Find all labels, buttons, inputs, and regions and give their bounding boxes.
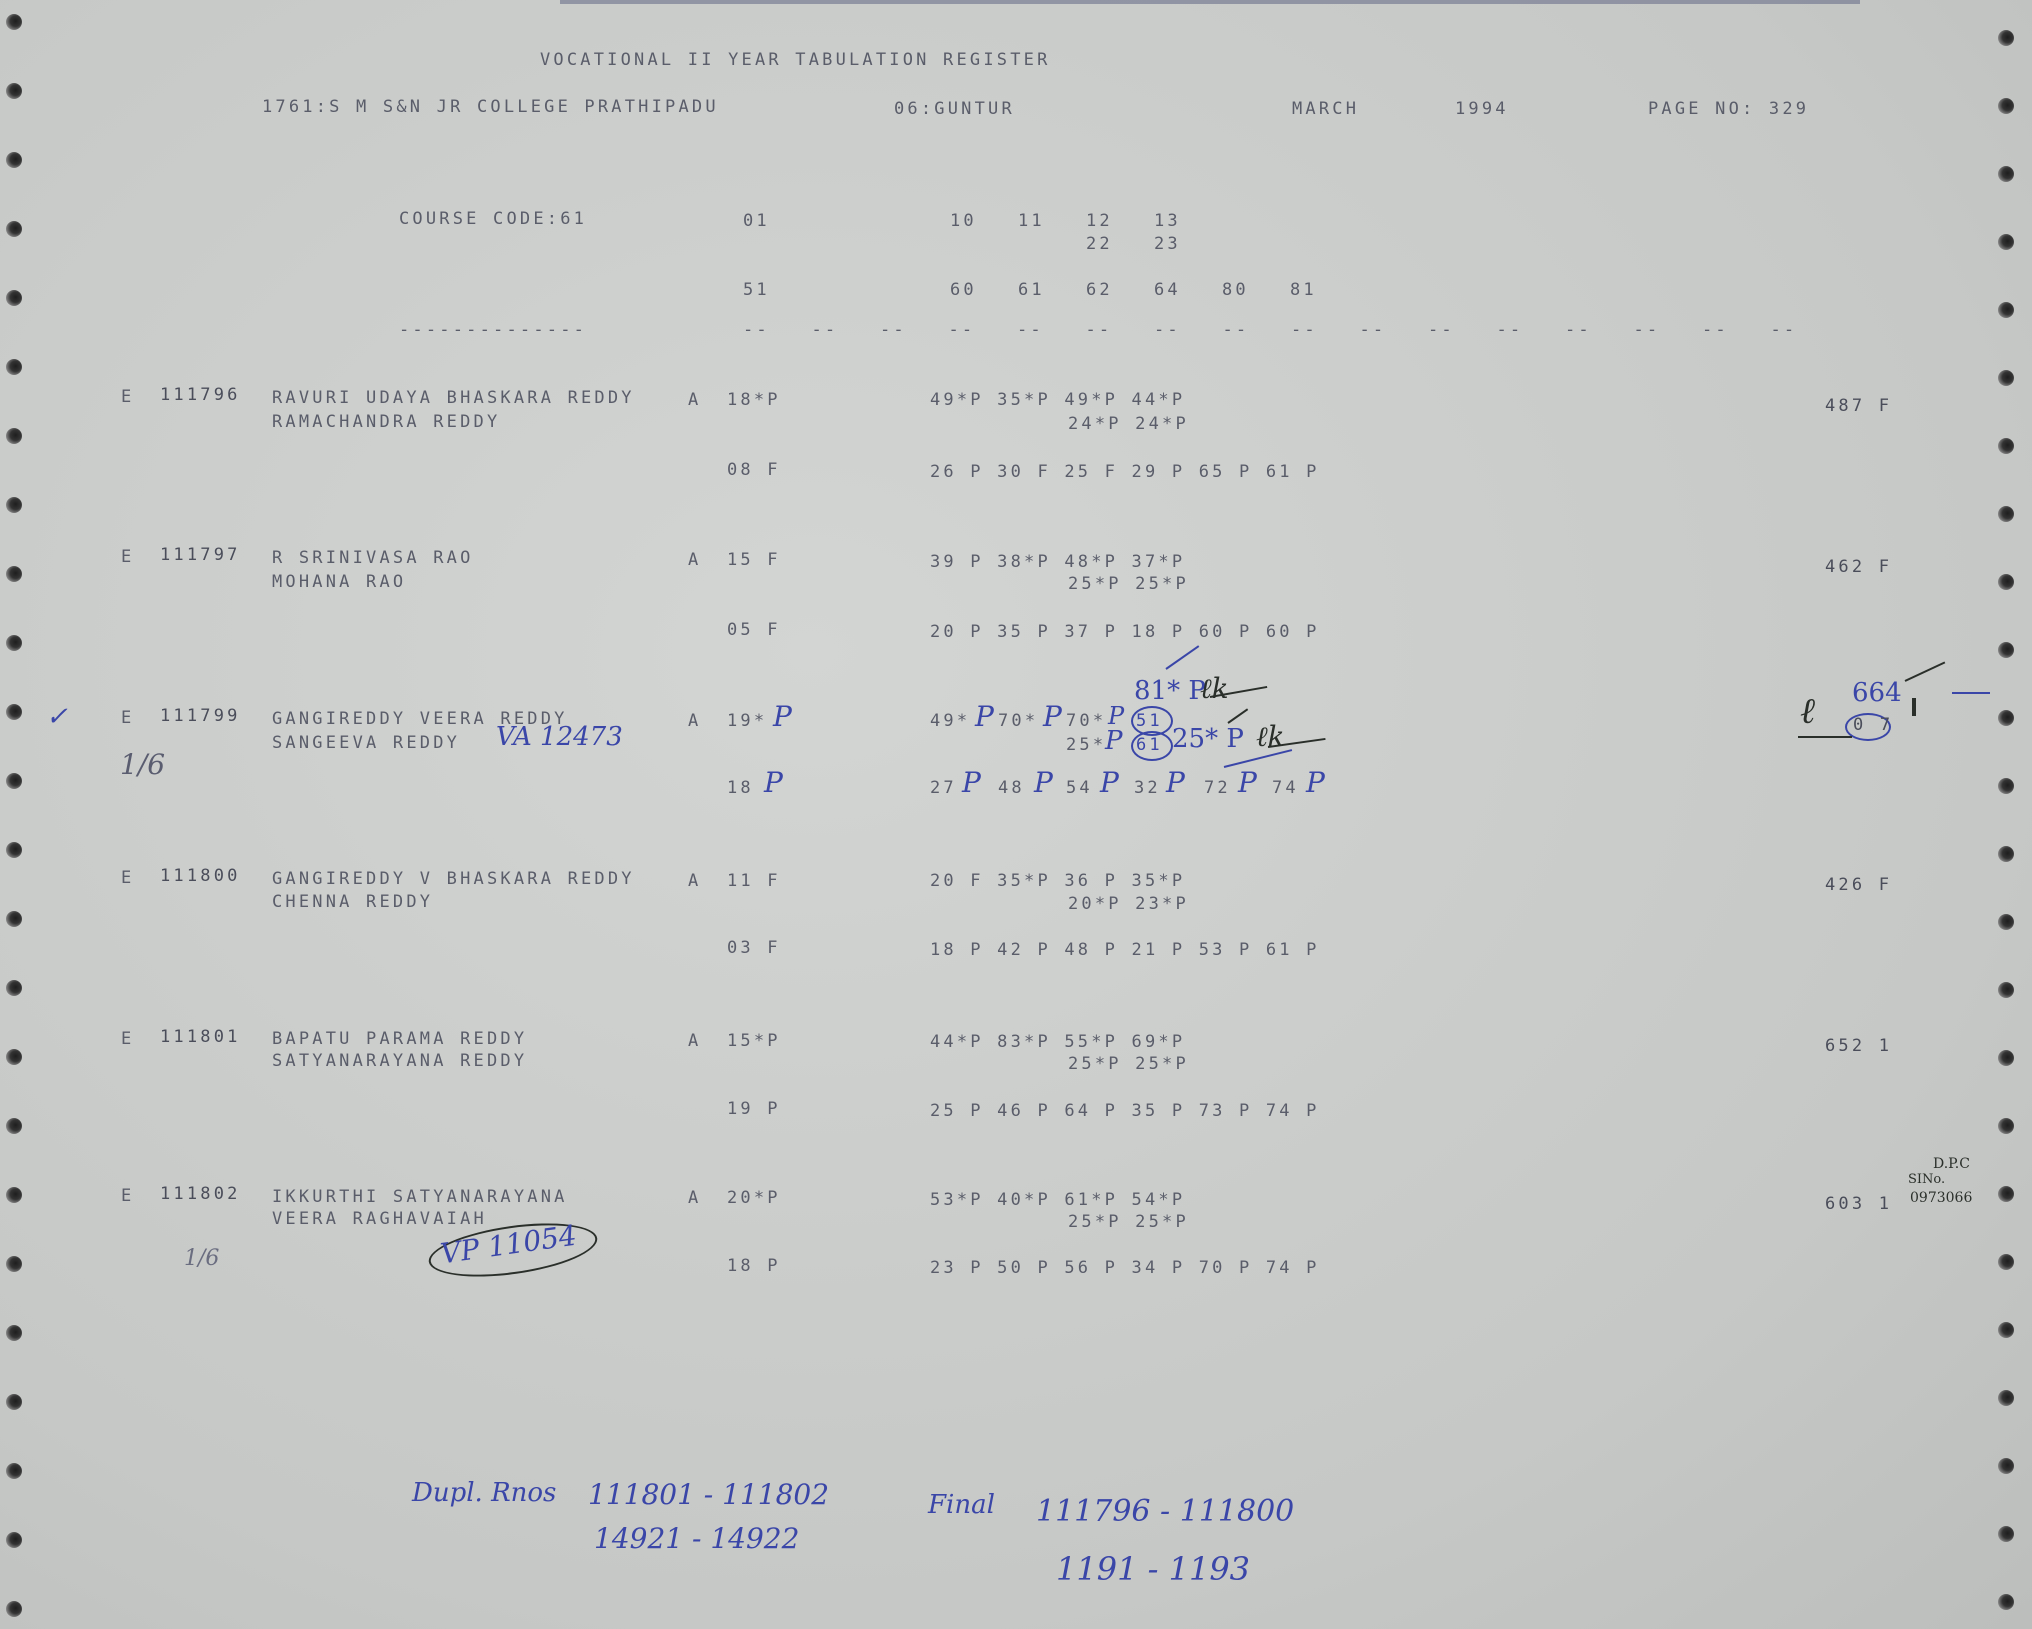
exam-month: MARCH xyxy=(1292,99,1359,119)
paper-code: 13 xyxy=(1154,211,1181,231)
second-paper-marks: 03 F xyxy=(727,938,781,958)
first-paper-marks: 20*P xyxy=(727,1188,781,1208)
college-name: 1761:S M S&N JR COLLEGE PRATHIPADU xyxy=(262,97,719,117)
marks-row-3-printed: 74 xyxy=(1272,778,1299,798)
hall-ticket-number: 111802 xyxy=(160,1184,241,1204)
student-name: GANGIREDDY V BHASKARA REDDY xyxy=(272,869,635,889)
sprocket-hole xyxy=(1998,1118,2014,1134)
marks-row-2: 25*P 25*P xyxy=(1068,1212,1189,1232)
column-dash: -- xyxy=(1497,320,1524,340)
sprocket-hole xyxy=(6,1187,22,1203)
sprocket-hole xyxy=(6,1463,22,1479)
hall-ticket-number: 111799 xyxy=(160,706,241,726)
corrected-mark: 25* P xyxy=(1172,724,1244,754)
column-dash: -- xyxy=(880,320,907,340)
column-dash: -- xyxy=(1634,320,1661,340)
sprocket-hole xyxy=(6,497,22,513)
initials-signature: ℓ xyxy=(1800,690,1815,732)
marks-row-3: 18 P 42 P 48 P 21 P 53 P 61 P xyxy=(930,940,1320,960)
column-dash: -- xyxy=(743,320,770,340)
sprocket-hole xyxy=(6,566,22,582)
marks-row-1: 39 P 38*P 48*P 37*P xyxy=(930,552,1185,572)
circled-original-mark: 61 xyxy=(1136,735,1163,755)
sprocket-hole xyxy=(6,428,22,444)
second-paper-marks: 18 P xyxy=(727,1256,781,1276)
sprocket-hole xyxy=(1998,30,2014,46)
column-dash: -- xyxy=(812,320,839,340)
marks-row-1: 53*P 40*P 61*P 54*P xyxy=(930,1190,1185,1210)
top-edge-band xyxy=(560,0,1860,4)
column-dash: -- xyxy=(1360,320,1387,340)
margin-check-mark: ✓ xyxy=(46,702,68,732)
sprocket-hole xyxy=(1998,1390,2014,1406)
marks-row-3: 20 P 35 P 37 P 18 P 60 P 60 P xyxy=(930,622,1320,642)
total-result: 652 1 xyxy=(1825,1036,1892,1056)
total-result: 487 F xyxy=(1825,396,1892,416)
father-name: MOHANA RAO xyxy=(272,572,406,592)
footer-range: 111801 - 111802 xyxy=(588,1478,829,1511)
medium: A xyxy=(688,711,701,731)
second-paper-marks: 08 F xyxy=(727,460,781,480)
student-name: BAPATU PARAMA REDDY xyxy=(272,1029,527,1049)
circled-original-mark: 51 xyxy=(1136,711,1163,731)
marks-row-3-printed: 54 xyxy=(1066,778,1093,798)
handwritten-pass-mark: P xyxy=(773,700,792,733)
student-name: IKKURTHI SATYANARAYANA xyxy=(272,1187,568,1207)
sprocket-hole xyxy=(6,842,22,858)
sprocket-hole xyxy=(1998,370,2014,386)
sprocket-hole xyxy=(1998,1186,2014,1202)
exam-year: 1994 xyxy=(1455,99,1509,119)
column-dash: -- xyxy=(1428,320,1455,340)
dpc-note: D.P.C xyxy=(1933,1156,1970,1172)
paper-code: 51 xyxy=(743,280,770,300)
circled-result-text: 0 7 xyxy=(1853,715,1893,735)
sprocket-hole xyxy=(6,1532,22,1548)
handwritten-date: 1/6 xyxy=(184,1246,219,1271)
sprocket-hole xyxy=(1998,1458,2014,1474)
sprocket-hole xyxy=(6,1325,22,1341)
student-name: R SRINIVASA RAO xyxy=(272,548,474,568)
sprocket-hole xyxy=(6,152,22,168)
sprocket-hole xyxy=(6,911,22,927)
sprocket-hole xyxy=(1998,642,2014,658)
record-prefix: E xyxy=(121,1186,134,1206)
marks-row-1-printed: 70* xyxy=(1066,711,1106,731)
handwritten-pass-mark: P xyxy=(975,700,994,733)
handwritten-registration-number: VA 12473 xyxy=(496,722,623,752)
sprocket-hole xyxy=(6,290,22,306)
sprocket-hole xyxy=(1998,710,2014,726)
column-dash: -- xyxy=(1702,320,1729,340)
sprocket-hole xyxy=(1998,438,2014,454)
sprocket-hole xyxy=(1998,1322,2014,1338)
sprocket-hole xyxy=(6,1049,22,1065)
handwritten-pass-mark: P xyxy=(1238,766,1257,799)
register-title: VOCATIONAL II YEAR TABULATION REGISTER xyxy=(540,50,1051,70)
total-result: 462 F xyxy=(1825,557,1892,577)
father-name: SANGEEVA REDDY xyxy=(272,733,460,753)
column-dash: -- xyxy=(1291,320,1318,340)
handwritten-pass-mark: P xyxy=(1306,766,1325,799)
sprocket-hole xyxy=(1998,1594,2014,1610)
father-name: SATYANARAYANA REDDY xyxy=(272,1051,527,1071)
sprocket-hole xyxy=(6,980,22,996)
sprocket-hole xyxy=(6,14,22,30)
first-paper-marks: 15*P xyxy=(727,1031,781,1051)
paper-code: 10 xyxy=(950,211,977,231)
sprocket-hole xyxy=(1998,1254,2014,1270)
student-name: RAVURI UDAYA BHASKARA REDDY xyxy=(272,388,635,408)
sprocket-hole xyxy=(6,83,22,99)
marks-row-1: 44*P 83*P 55*P 69*P xyxy=(930,1032,1185,1052)
marks-row-2: 25*P 25*P xyxy=(1068,574,1189,594)
paper-code: 23 xyxy=(1154,234,1181,254)
handwritten-pass-mark: P xyxy=(764,766,783,799)
first-paper-marks: 11 F xyxy=(727,871,781,891)
hall-ticket-number: 111796 xyxy=(160,385,241,405)
marks-row-2: 25*P 25*P xyxy=(1068,1054,1189,1074)
marks-row-3: 26 P 30 F 25 F 29 P 65 P 61 P xyxy=(930,462,1320,482)
sprocket-hole xyxy=(1998,234,2014,250)
paper-code: 64 xyxy=(1154,280,1181,300)
column-dash: -- xyxy=(1086,320,1113,340)
handwritten-total: 664 xyxy=(1852,678,1902,708)
medium: A xyxy=(688,390,701,410)
handwritten-pass-mark: P xyxy=(1043,700,1062,733)
record-prefix: E xyxy=(121,1029,134,1049)
column-dash: -- xyxy=(1565,320,1592,340)
signature-underline xyxy=(1798,736,1852,738)
footer-range: 111796 - 111800 xyxy=(1036,1494,1294,1529)
medium: A xyxy=(688,1031,701,1051)
initials-signature: ℓk xyxy=(1256,720,1285,754)
sprocket-hole xyxy=(1998,1526,2014,1542)
column-dash: -- xyxy=(1017,320,1044,340)
hall-ticket-number: 111800 xyxy=(160,866,241,886)
marks-row-2: 20*P 23*P xyxy=(1068,894,1189,914)
handwritten-pass-mark: P xyxy=(1034,766,1053,799)
footer-range: 14921 - 14922 xyxy=(594,1522,799,1555)
initials-signature: ℓk xyxy=(1200,672,1229,706)
dpc-serial-number: 0973066 xyxy=(1910,1190,1972,1206)
sprocket-hole xyxy=(6,773,22,789)
medium: A xyxy=(688,1188,701,1208)
sprocket-hole xyxy=(1998,982,2014,998)
sprocket-hole xyxy=(6,359,22,375)
record-prefix: E xyxy=(121,868,134,888)
marks-row-3: 25 P 46 P 64 P 35 P 73 P 74 P xyxy=(930,1101,1320,1121)
marks-row-1-printed: 70* xyxy=(998,711,1038,731)
paper-code: 11 xyxy=(1018,211,1045,231)
marks-row-2-printed: 25* xyxy=(1066,735,1106,755)
footer-label-left: Dupl. Rnos xyxy=(412,1478,556,1508)
footer-range: 1191 - 1193 xyxy=(1056,1550,1250,1588)
sprocket-hole xyxy=(6,1601,22,1617)
corrected-mark: 81* P xyxy=(1134,676,1206,706)
marks-row-3-printed: 48 xyxy=(998,778,1025,798)
district: 06:GUNTUR xyxy=(894,99,1015,119)
tick-stroke xyxy=(1912,698,1916,716)
father-name: CHENNA REDDY xyxy=(272,892,433,912)
father-name: RAMACHANDRA REDDY xyxy=(272,412,500,432)
total-result: 603 1 xyxy=(1825,1194,1892,1214)
sprocket-hole xyxy=(6,1394,22,1410)
marks-row-3-printed: 27 xyxy=(930,778,957,798)
course-code-label: COURSE CODE:61 xyxy=(399,209,587,229)
sprocket-hole xyxy=(1998,914,2014,930)
sprocket-hole xyxy=(6,635,22,651)
paper-code: 22 xyxy=(1086,234,1113,254)
marks-row-1-printed: 49* xyxy=(930,711,970,731)
hall-ticket-number: 111797 xyxy=(160,545,241,565)
sprocket-hole xyxy=(6,704,22,720)
father-name: VEERA RAGHAVAIAH xyxy=(272,1209,487,1229)
sprocket-hole xyxy=(6,221,22,237)
second-paper-marks: 18 xyxy=(727,778,754,798)
column-dash: -- xyxy=(1223,320,1250,340)
column-dash: -- xyxy=(949,320,976,340)
tick-stroke xyxy=(1905,661,1946,681)
paper-code: 12 xyxy=(1086,211,1113,231)
marks-row-3: 23 P 50 P 56 P 34 P 70 P 74 P xyxy=(930,1258,1320,1278)
sprocket-hole xyxy=(6,1256,22,1272)
paper-code: 81 xyxy=(1290,280,1317,300)
handwritten-pass-mark: P xyxy=(1100,766,1119,799)
sprocket-hole xyxy=(1998,778,2014,794)
first-paper-marks: 18*P xyxy=(727,390,781,410)
page-number: PAGE NO: 329 xyxy=(1648,99,1809,119)
paper-code: 61 xyxy=(1018,280,1045,300)
sprocket-hole xyxy=(1998,506,2014,522)
handwritten-date: 1/6 xyxy=(120,748,165,781)
sprocket-hole xyxy=(1998,166,2014,182)
medium: A xyxy=(688,550,701,570)
paper-code: 01 xyxy=(743,211,770,231)
sprocket-hole xyxy=(1998,302,2014,318)
handwritten-pass-mark: P xyxy=(962,766,981,799)
marks-row-1: 49*P 35*P 49*P 44*P xyxy=(930,390,1185,410)
dpc-note: SINo. xyxy=(1908,1172,1945,1187)
dash-stroke xyxy=(1952,692,1990,694)
second-paper-marks: 19 P xyxy=(727,1099,781,1119)
column-dash: -- xyxy=(1154,320,1181,340)
record-prefix: E xyxy=(121,547,134,567)
footer-label-right: Final xyxy=(928,1490,995,1520)
handwritten-pass-mark: P xyxy=(1166,766,1185,799)
column-dash: -- xyxy=(1771,320,1798,340)
paper-code: 80 xyxy=(1222,280,1249,300)
marks-row-2: 24*P 24*P xyxy=(1068,414,1189,434)
first-paper-marks: 15 F xyxy=(727,550,781,570)
paper-code: 62 xyxy=(1086,280,1113,300)
record-prefix: E xyxy=(121,708,134,728)
tick-stroke xyxy=(1227,708,1248,723)
hall-ticket-number: 111801 xyxy=(160,1027,241,1047)
header-underline: -------------- xyxy=(399,320,587,340)
second-paper-marks: 05 F xyxy=(727,620,781,640)
sprocket-hole xyxy=(1998,1050,2014,1066)
sprocket-hole xyxy=(1998,846,2014,862)
marks-row-1: 20 F 35*P 36 P 35*P xyxy=(930,871,1185,891)
sprocket-hole xyxy=(1998,574,2014,590)
correction-stroke xyxy=(1165,645,1199,670)
medium: A xyxy=(688,871,701,891)
record-prefix: E xyxy=(121,387,134,407)
marks-row-3-printed: 72 xyxy=(1204,778,1231,798)
paper-code: 60 xyxy=(950,280,977,300)
sprocket-hole xyxy=(1998,98,2014,114)
marks-row-3-printed: 32 xyxy=(1134,778,1161,798)
total-result: 426 F xyxy=(1825,875,1892,895)
sprocket-hole xyxy=(6,1118,22,1134)
first-paper-marks: 19* xyxy=(727,711,767,731)
handwritten-pass-mark: P xyxy=(1105,726,1123,756)
